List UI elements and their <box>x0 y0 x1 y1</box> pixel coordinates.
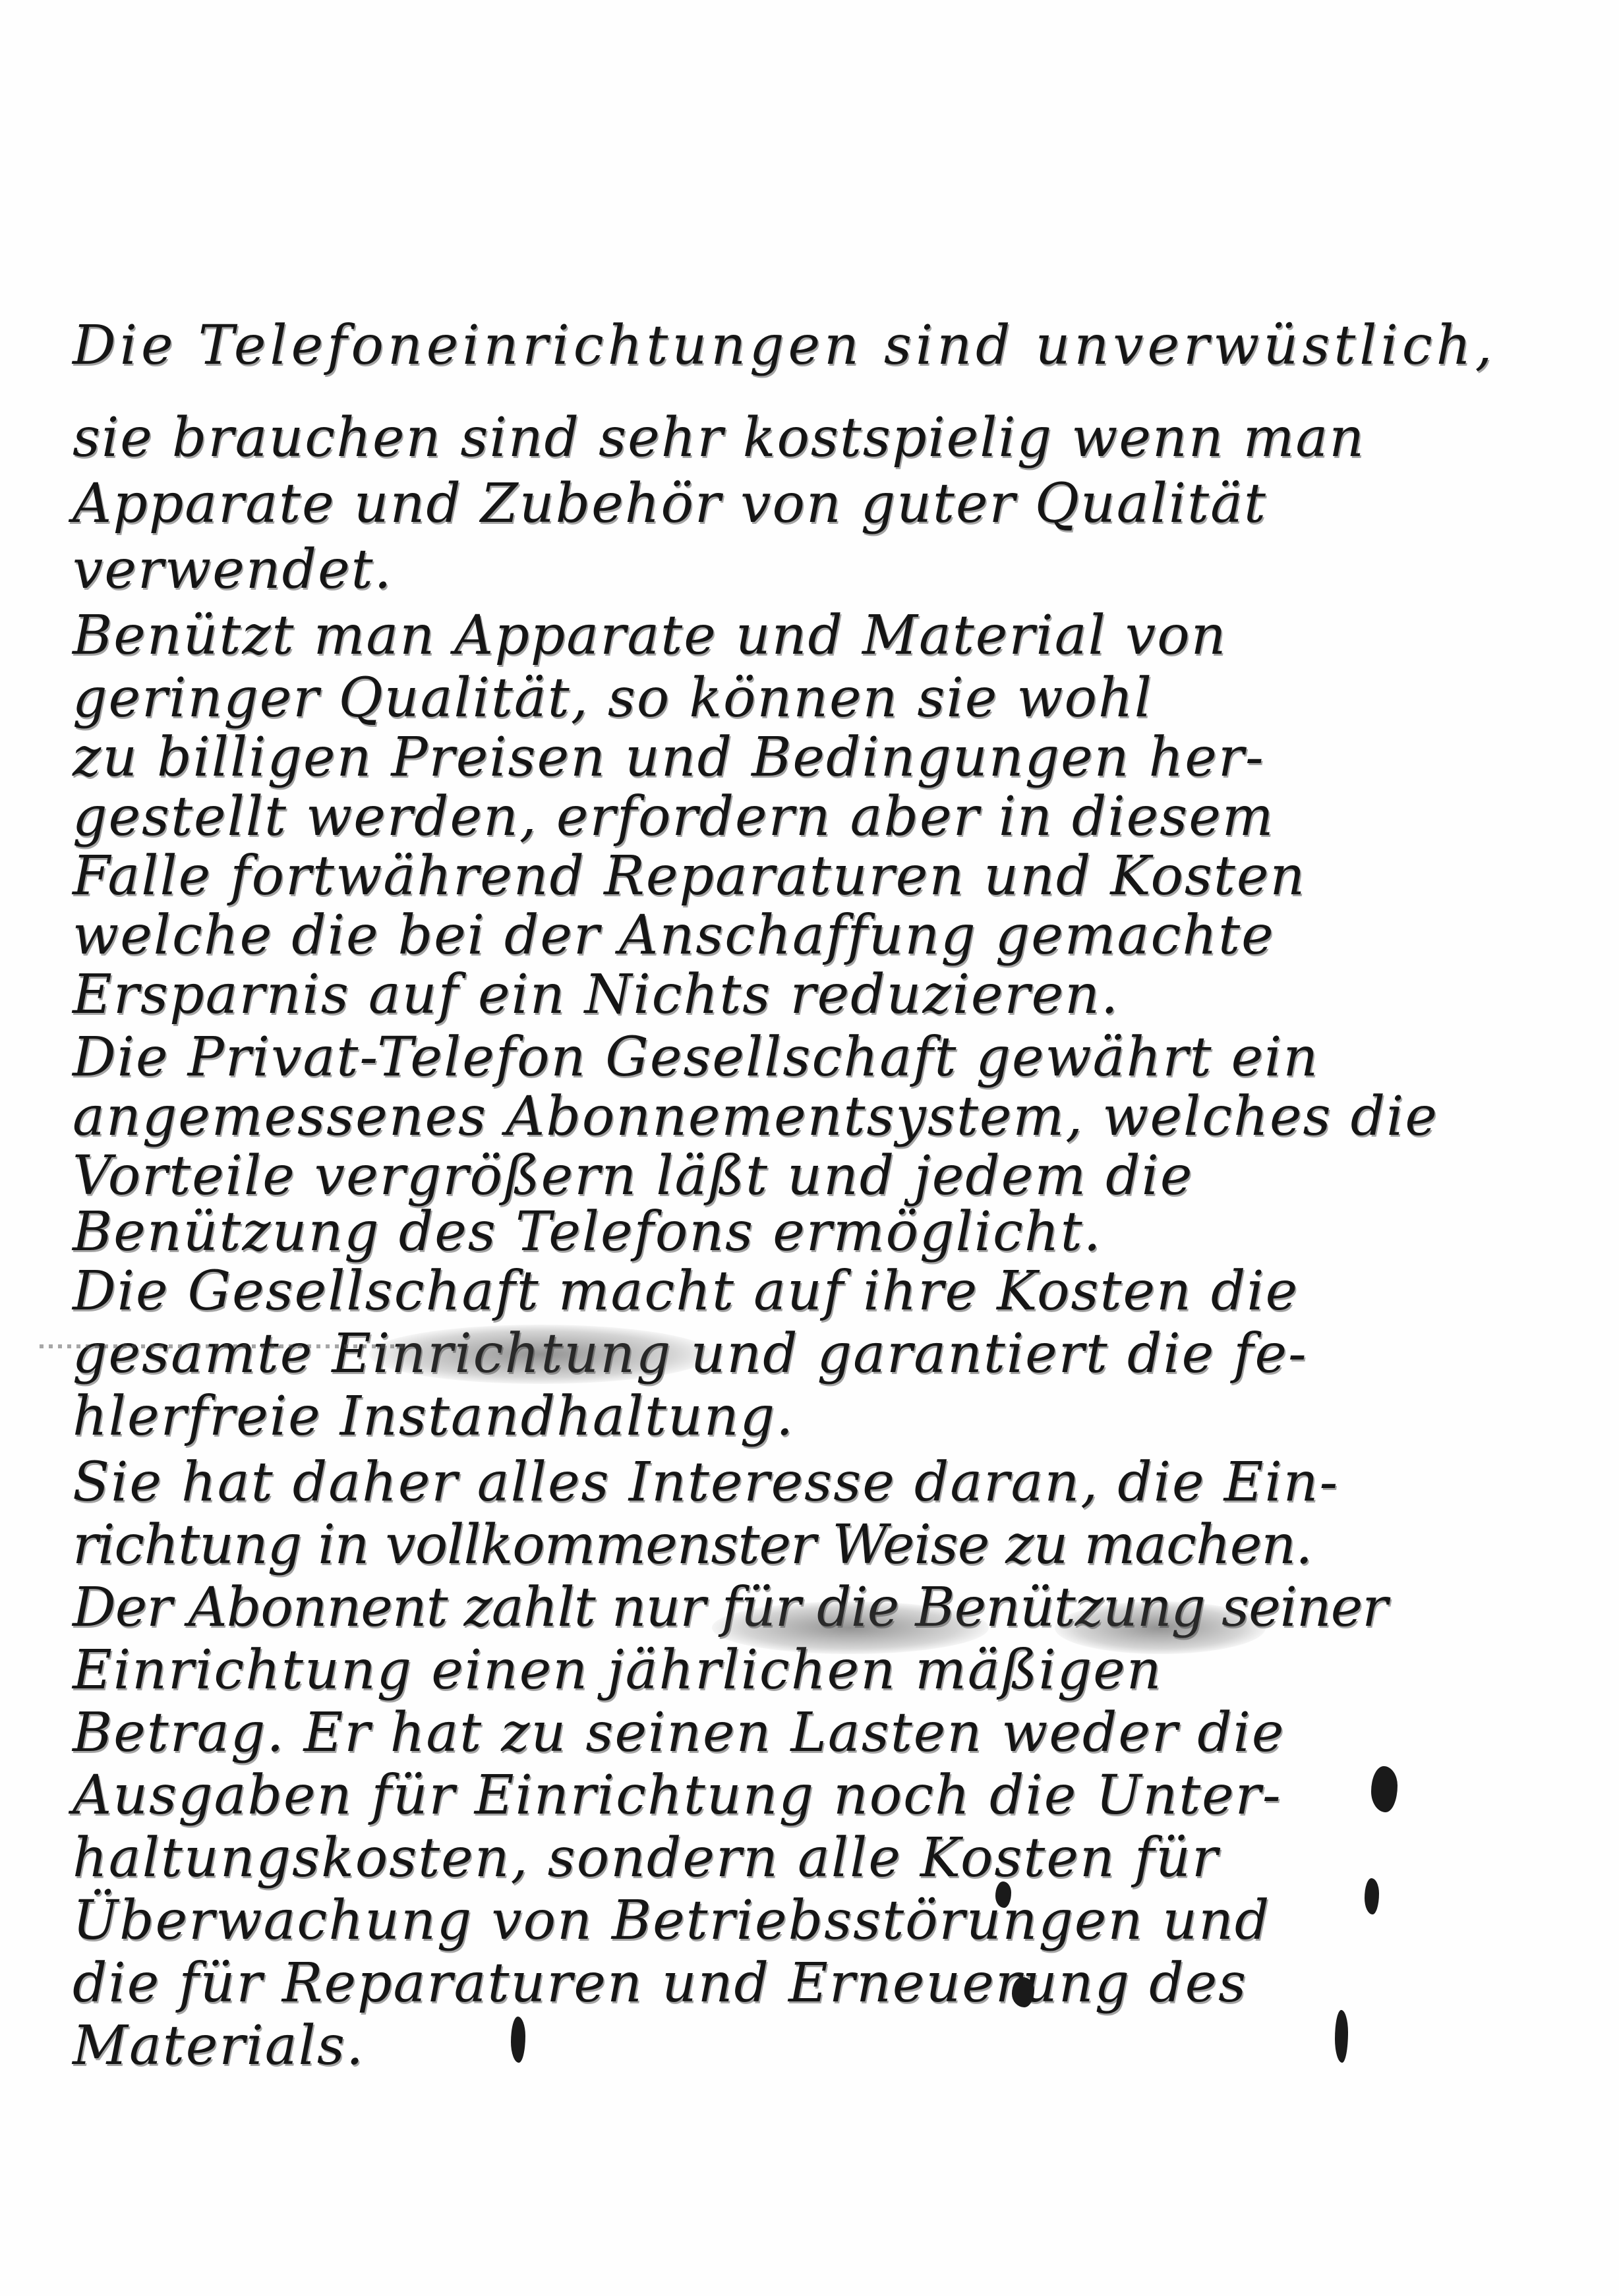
ink-blot <box>1335 2010 1348 2063</box>
scan-smudge <box>1055 1601 1266 1654</box>
handwritten-line: Die Telefoneinrichtungen sind unverwüstl… <box>73 303 1543 389</box>
scan-smudge <box>369 1325 712 1384</box>
ink-blot <box>1365 1878 1379 1914</box>
ink-blot <box>511 2017 525 2063</box>
scan-smudge <box>712 1601 989 1654</box>
ink-blot <box>1371 1766 1398 1812</box>
scan-streak <box>40 1344 409 1348</box>
handwritten-line: Materials. <box>73 2003 1543 2089</box>
scanned-letter-page: Die Telefoneinrichtungen sind unverwüstl… <box>0 0 1619 2296</box>
ink-blot <box>1012 1977 1034 2007</box>
ink-blot <box>995 1881 1011 1908</box>
